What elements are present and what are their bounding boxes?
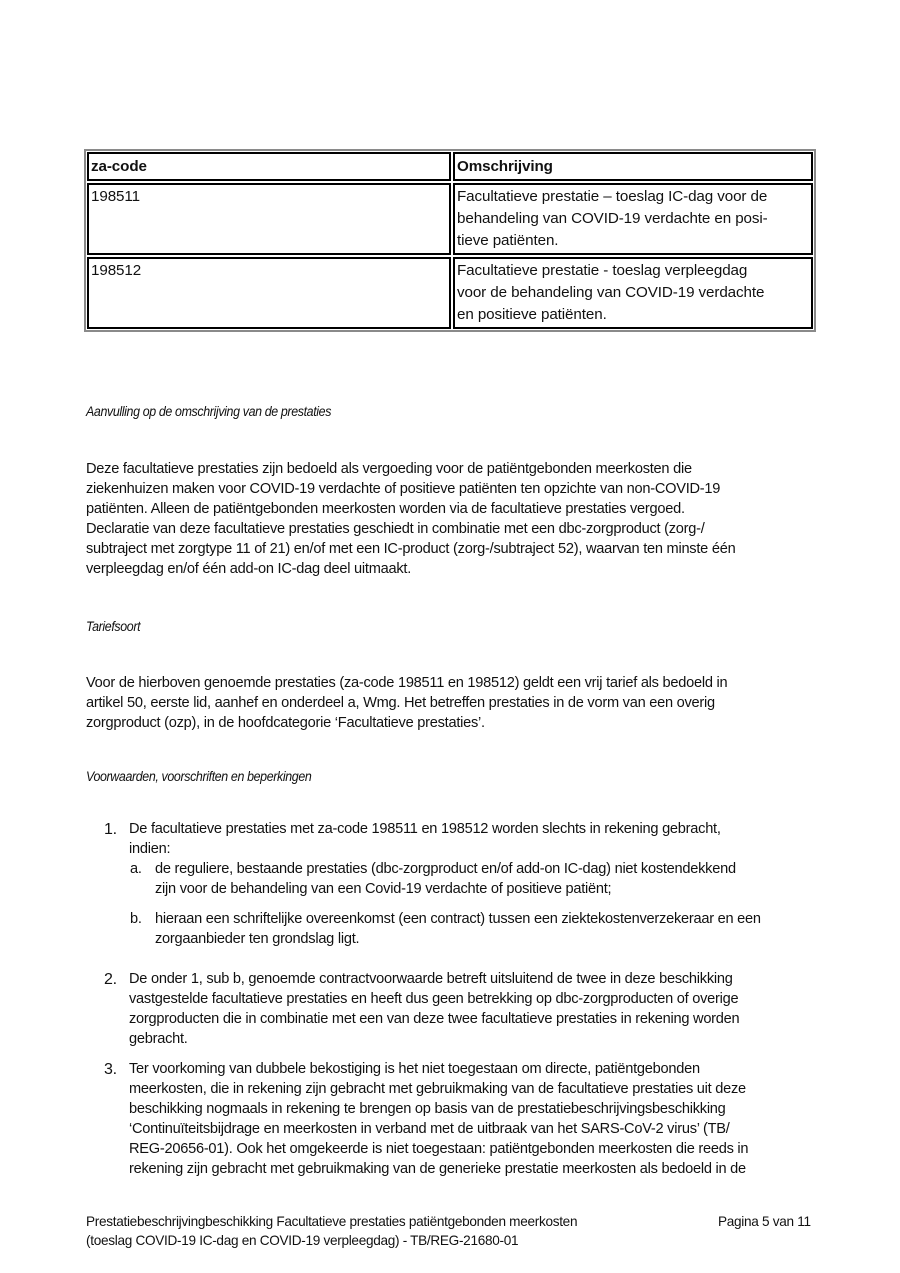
section-title-voorwaarden: Voorwaarden, voorschriften en beperkinge… — [86, 769, 311, 784]
za-code-table: za-code Omschrijving 198511 Facultatieve… — [84, 149, 816, 332]
page-number: Pagina 5 van 11 — [718, 1212, 811, 1231]
text-line: hieraan een schriftelijke overeenkomst (… — [155, 909, 826, 929]
text-line: vastgestelde facultatieve prestaties en … — [129, 989, 826, 1009]
description-line: voor de behandeling van COVID-19 verdach… — [457, 282, 809, 304]
footer-line: (toeslag COVID-19 IC-dag en COVID-19 ver… — [86, 1231, 686, 1250]
text-line: Declaratie van deze facultatieve prestat… — [86, 519, 826, 539]
paragraph-aanvulling: Deze facultatieve prestaties zijn bedoel… — [86, 459, 826, 579]
text-line: zorgaanbieder ten grondslag ligt. — [155, 929, 826, 949]
text-line: meerkosten, die in rekening zijn gebrach… — [129, 1079, 826, 1099]
table-cell-description: Facultatieve prestatie - toeslag verplee… — [453, 257, 813, 329]
document-page: za-code Omschrijving 198511 Facultatieve… — [0, 0, 900, 1273]
text-line: Voor de hierboven genoemde prestaties (z… — [86, 673, 826, 693]
table-cell-description: Facultatieve prestatie – toeslag IC-dag … — [453, 183, 813, 255]
sub-list-item: b. hieraan een schriftelijke overeenkoms… — [129, 909, 826, 949]
list-number: 2. — [104, 970, 117, 990]
conditions-list: 1. De facultatieve prestaties met za-cod… — [86, 819, 826, 1179]
sub-list-item: a. de reguliere, bestaande prestaties (d… — [129, 859, 826, 899]
text-line: beschikking nogmaals in rekening te bren… — [129, 1099, 826, 1119]
table-header-omschrijving: Omschrijving — [453, 152, 813, 181]
text-line: REG-20656-01). Ook het omgekeerde is nie… — [129, 1139, 826, 1159]
description-line: Facultatieve prestatie - toeslag verplee… — [457, 260, 809, 282]
list-item: 3. Ter voorkoming van dubbele bekostigin… — [86, 1059, 826, 1179]
footer-document-title: Prestatiebeschrijvingbeschikking Faculta… — [86, 1212, 686, 1250]
table-cell-code: 198511 — [87, 183, 451, 255]
text-line: de reguliere, bestaande prestaties (dbc-… — [155, 859, 826, 879]
text-line: verpleegdag en/of één add-on IC-dag deel… — [86, 559, 826, 579]
text-line: Ter voorkoming van dubbele bekostiging i… — [129, 1059, 826, 1079]
text-line: subtraject met zorgtype 11 of 21) en/of … — [86, 539, 826, 559]
text-line: indien: — [129, 839, 826, 859]
text-line: ziekenhuizen maken voor COVID-19 verdach… — [86, 479, 826, 499]
text-line: zorgproduct (ozp), in de hoofdcategorie … — [86, 713, 826, 733]
description-line: en positieve patiënten. — [457, 304, 809, 326]
sub-list-label: a. — [130, 859, 142, 879]
description-line: behandeling van COVID-19 verdachte en po… — [457, 208, 809, 230]
sub-list-label: b. — [130, 909, 142, 929]
table-header-za-code: za-code — [87, 152, 451, 181]
text-line: De onder 1, sub b, genoemde contractvoor… — [129, 969, 826, 989]
text-line: De facultatieve prestaties met za-code 1… — [129, 819, 826, 839]
section-title-tariefsoort: Tariefsoort — [86, 619, 140, 634]
list-item: 2. De onder 1, sub b, genoemde contractv… — [86, 969, 826, 1049]
text-line: zorgproducten die in combinatie met een … — [129, 1009, 826, 1029]
text-line: ‘Continuïteitsbijdrage en meerkosten in … — [129, 1119, 826, 1139]
text-line: gebracht. — [129, 1029, 826, 1049]
description-line: Facultatieve prestatie – toeslag IC-dag … — [457, 186, 809, 208]
text-line: rekening zijn gebracht met gebruikmaking… — [129, 1159, 826, 1179]
description-line: tieve patiënten. — [457, 230, 809, 252]
list-number: 1. — [104, 820, 117, 840]
section-title-aanvulling: Aanvulling op de omschrijving van de pre… — [86, 404, 331, 419]
footer-line: Prestatiebeschrijvingbeschikking Faculta… — [86, 1212, 686, 1231]
text-line: artikel 50, eerste lid, aanhef en onderd… — [86, 693, 826, 713]
text-line: Deze facultatieve prestaties zijn bedoel… — [86, 459, 826, 479]
paragraph-tariefsoort: Voor de hierboven genoemde prestaties (z… — [86, 673, 826, 733]
list-item: 1. De facultatieve prestaties met za-cod… — [86, 819, 826, 949]
table-cell-code: 198512 — [87, 257, 451, 329]
text-line: patiënten. Alleen de patiëntgebonden mee… — [86, 499, 826, 519]
text-line: zijn voor de behandeling van een Covid-1… — [155, 879, 826, 899]
list-number: 3. — [104, 1060, 117, 1080]
